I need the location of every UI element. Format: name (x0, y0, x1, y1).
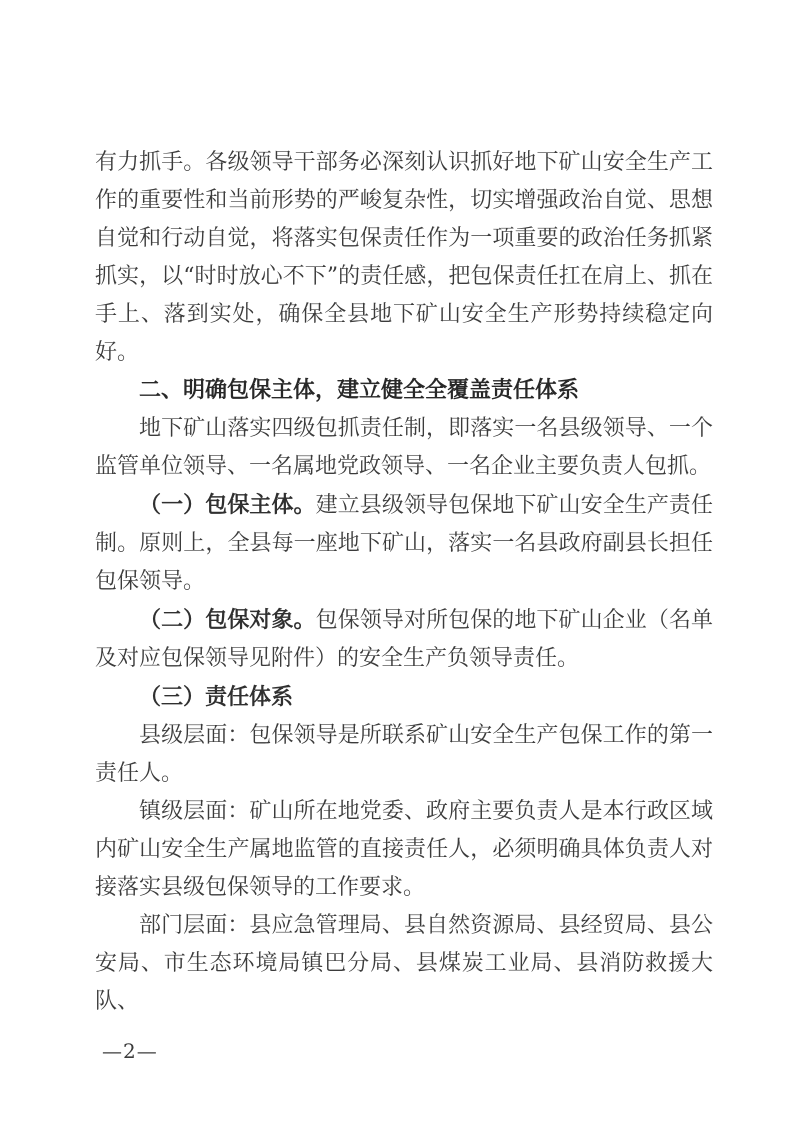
paragraph-lead: （一）包保主体。 (139, 492, 316, 518)
paragraph: 地下矿山落实四级包抓责任制，即落实一名县级领导、一个监管单位领导、一名属地党政领… (95, 410, 713, 486)
page-number: —2— (102, 1036, 158, 1066)
paragraph: 镇级层面：矿山所在地党委、政府主要负责人是本行政区域内矿山安全生产属地监管的直接… (95, 793, 713, 907)
sub-section-heading-label: （三）责任体系 (139, 684, 293, 710)
paragraph: 部门层面：县应急管理局、县自然资源局、县经贸局、县公安局、市生态环境局镇巴分局、… (95, 907, 713, 1021)
paragraph-continuation: 有力抓手。各级领导干部务必深刻认识抓好地下矿山安全生产工作的重要性和当前形势的严… (95, 144, 713, 372)
sub-section-heading: （三）责任体系 (95, 678, 713, 717)
section-heading: 二、明确包保主体，建立健全全覆盖责任体系 (95, 372, 713, 410)
document-page: 有力抓手。各级领导干部务必深刻认识抓好地下矿山安全生产工作的重要性和当前形势的严… (0, 0, 793, 1122)
paragraph: （一）包保主体。建立县级领导包保地下矿山安全生产责任制。原则上，全县每一座地下矿… (95, 486, 713, 601)
document-content: 有力抓手。各级领导干部务必深刻认识抓好地下矿山安全生产工作的重要性和当前形势的严… (95, 144, 713, 1021)
paragraph-lead: （二）包保对象。 (139, 607, 316, 633)
paragraph: 县级层面：包保领导是所联系矿山安全生产包保工作的第一责任人。 (95, 717, 713, 793)
paragraph: （二）包保对象。包保领导对所包保的地下矿山企业（名单及对应包保领导见附件）的安全… (95, 601, 713, 678)
